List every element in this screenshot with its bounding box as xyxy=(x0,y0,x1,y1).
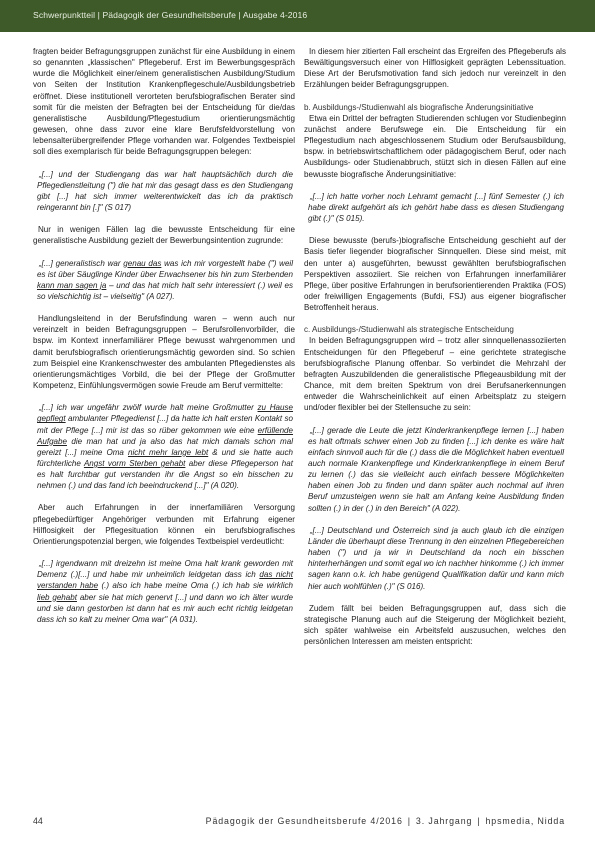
publication-info: Pädagogik der Gesundheitsberufe 4/2016|3… xyxy=(206,816,565,826)
running-header: Schwerpunktteil | Pädagogik der Gesundhe… xyxy=(0,0,595,32)
section-heading-b: b. Ausbildungs-/Studienwahl als biografi… xyxy=(304,102,566,113)
interview-quote: „[...] generalistisch war genau das was … xyxy=(33,258,295,303)
interview-quote: „[...] Deutschland und Österreich sind j… xyxy=(304,525,566,592)
interview-quote: „[...] irgendwann mit dreizehn ist meine… xyxy=(33,558,295,625)
separator: | xyxy=(472,816,485,826)
journal-title: Pädagogik der Gesundheitsberufe 4/2016 xyxy=(206,816,403,826)
body-paragraph: Nur in wenigen Fällen lag die bewusste E… xyxy=(33,224,295,246)
underlined-phrase: nicht mehr lange lebt xyxy=(128,448,208,457)
body-paragraph: Diese bewusste (berufs-)biografische Ent… xyxy=(304,235,566,313)
body-paragraph: Handlungsleitend in der Berufsfindung wa… xyxy=(33,313,295,391)
underlined-phrase: Angst vorm Sterben gehabt xyxy=(84,459,185,468)
body-paragraph: In beiden Befragungsgruppen wird – trotz… xyxy=(304,335,566,413)
underlined-phrase: genau das xyxy=(123,259,161,268)
interview-quote: „[...] ich hatte vorher noch Lehramt gem… xyxy=(304,191,566,224)
body-paragraph: Etwa ein Drittel der befragten Studieren… xyxy=(304,113,566,180)
interview-quote: „[...] und der Studiengang das war halt … xyxy=(33,169,295,214)
page-number: 44 xyxy=(33,816,43,826)
interview-quote: „[...] gerade die Leute die jetzt Kinder… xyxy=(304,425,566,514)
volume: 3. Jahrgang xyxy=(416,816,472,826)
interview-quote: „[...] ich war ungefähr zwölf wurde halt… xyxy=(33,402,295,491)
underlined-phrase: lieb gehabt xyxy=(37,593,77,602)
underlined-phrase: kann man sagen ja xyxy=(37,281,106,290)
left-column: fragten beider Befragungsgruppen zunächs… xyxy=(33,46,295,636)
running-title: Schwerpunktteil | Pädagogik der Gesundhe… xyxy=(33,10,307,20)
publisher: hpsmedia, Nidda xyxy=(485,816,565,826)
body-paragraph: Zudem fällt bei beiden Befragungsgruppen… xyxy=(304,603,566,648)
body-paragraph: fragten beider Befragungsgruppen zunächs… xyxy=(33,46,295,158)
section-heading-c: c. Ausbildungs-/Studienwahl als strategi… xyxy=(304,324,566,335)
body-paragraph: In diesem hier zitierten Fall erscheint … xyxy=(304,46,566,91)
separator: | xyxy=(403,816,416,826)
body-paragraph: Aber auch Erfahrungen in der innerfamili… xyxy=(33,502,295,547)
right-column: In diesem hier zitierten Fall erscheint … xyxy=(304,46,566,658)
